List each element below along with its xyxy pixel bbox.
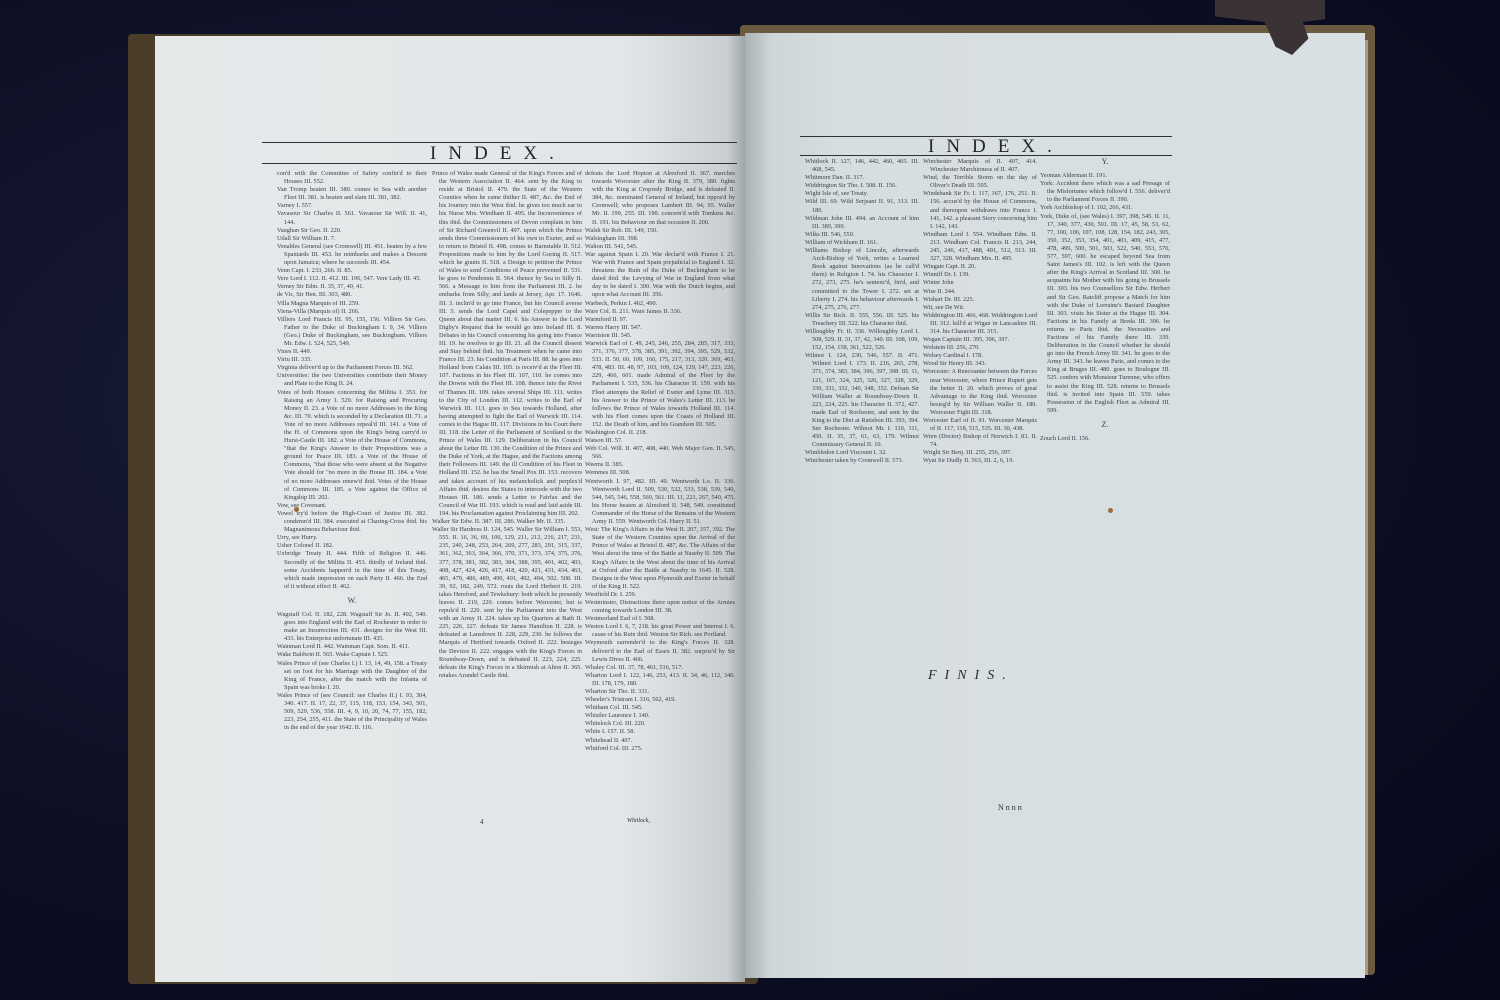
index-entry: Wise II. 244. <box>923 288 1037 296</box>
index-entry: Wolstein III. 256, 270. <box>923 344 1037 352</box>
index-entry: Windebank Sir Fr. I. 117, 167, 176, 251.… <box>923 190 1037 230</box>
index-entry: Warren Harry III. 547. <box>585 324 735 332</box>
index-entry: Warwick Earl of I. 49, 245, 246, 255, 28… <box>585 340 735 429</box>
index-entry: de Vic, Sir Hen. III. 303, 480. <box>277 291 427 299</box>
finis-heading: FINIS. <box>928 668 1014 684</box>
index-entry: Walsingham III. 398. <box>585 235 735 243</box>
index-entry: Web Col. Will. II. 407, 408, 440. Web Ma… <box>585 445 735 461</box>
index-entry: York, Duke of, (see Wales) I. 397, 398, … <box>1040 213 1170 415</box>
index-entry: Wales Prince of (see Charles I.) I. 13, … <box>277 660 427 692</box>
index-entry: White I. 157. II. 58. <box>585 728 735 736</box>
index-entry: Virginia deliver'd up to the Parliament … <box>277 364 427 372</box>
letter-heading: Z. <box>1040 421 1170 429</box>
index-entry: Wyat Sir Dudly II. 563, III. 2, 6, 19. <box>923 457 1037 465</box>
index-entry: con'd with the Committee of Safety confi… <box>277 170 427 186</box>
index-entry: Weymouth surrender'd to the King's Force… <box>585 639 735 663</box>
right-page-column-2: Winchester Marquis of II. 407, 414. Winc… <box>923 158 1037 466</box>
index-entry: Whitlock II. 127, 146, 442, 460, 465. II… <box>805 158 919 174</box>
index-entry: Watson III. 57. <box>585 437 735 445</box>
index-entry: Widdrington Sir Tho. I. 508. II. 156. <box>805 182 919 190</box>
index-entry: Whitmore Dan. II. 317. <box>805 174 919 182</box>
index-entry: War against Spain I. 20. War declar'd wi… <box>585 251 735 300</box>
index-entry: Willis Sir Rich. II. 555, 556. III. 525.… <box>805 312 919 328</box>
index-entry: Vere Lord I. 112. II. 412. III. 196, 547… <box>277 275 427 283</box>
index-entry: Vow, see Covenant. <box>277 502 427 510</box>
letter-heading: Y. <box>1040 158 1170 166</box>
page-number: 4 <box>480 818 484 826</box>
index-entry: Westfield Dr. I. 259. <box>585 591 735 599</box>
index-entry: Wemmes III. 508. <box>585 469 735 477</box>
letter-heading: W. <box>277 597 427 605</box>
index-entry: Winniff Dr. I. 139. <box>923 271 1037 279</box>
index-entry: Wake Baldwin II. 565. Wake Captain I. 52… <box>277 651 427 659</box>
index-entry: Whistler Laurence I. 140. <box>585 712 735 720</box>
index-entry: Yeoman Alderman II. 191. <box>1040 172 1170 180</box>
index-entry: Wharton Sir Tho. II. 331. <box>585 688 735 696</box>
index-entry: Virtu III. 335. <box>277 356 427 364</box>
index-entry: Wit, see De Wit. <box>923 304 1037 312</box>
index-entry: Warriston III. 545. <box>585 332 735 340</box>
index-entry: Verney Sir Edm. II. 35, 37, 40, 41. <box>277 283 427 291</box>
index-entry: Winter John <box>923 279 1037 287</box>
index-entry: Washington Col. II. 218. <box>585 429 735 437</box>
index-entry: Walsh Sir Rob. III. 149, 150. <box>585 227 735 235</box>
signature-mark: Nnnn <box>998 803 1024 812</box>
index-entry: Widdrington III. 466, 468. Widdrington L… <box>923 312 1037 336</box>
index-entry: Westmorland Earl of I. 508. <box>585 615 735 623</box>
index-entry: Whaley Col. III. 37, 78, 461, 516, 517. <box>585 664 735 672</box>
index-entry: Wolsey Cardinal I. 178. <box>923 352 1037 360</box>
index-entry: Walker Sir Edw. II. 387. III. 286. Walke… <box>432 518 582 526</box>
index-entry: Weston Lord I. 6, 7, 218. his great Powe… <box>585 623 735 639</box>
index-entry: Usher Colonel II. 182. <box>277 542 427 550</box>
left-page-header: INDEX. <box>430 143 566 165</box>
index-entry: Viena-Villa (Marquis of) II. 266. <box>277 308 427 316</box>
left-page-column-3: defeats the Lord Hopton at Alresford II.… <box>585 170 735 753</box>
index-entry: Wight Isle of, see Treaty. <box>805 190 919 198</box>
index-entry: Uxbridge Treaty II. 444. Fifth of Religi… <box>277 550 427 590</box>
index-entry: Venables General (see Cromwell) III. 451… <box>277 243 427 267</box>
index-entry: Wright Sir Benj. III. 255, 256, 397. <box>923 449 1037 457</box>
index-entry: defeats the Lord Hopton at Alresford II.… <box>585 170 735 227</box>
left-page-column-1: con'd with the Committee of Safety confi… <box>277 170 427 732</box>
index-entry: Wren (Doctor) Bishop of Norwich I. 83. I… <box>923 433 1037 449</box>
index-entry: Warmford II. 97. <box>585 316 735 324</box>
header-rule-bottom-right <box>800 155 1172 156</box>
index-entry: Windham Lord I. 554. Windham Edm. II. 21… <box>923 231 1037 263</box>
index-entry: Wingate Capt. II. 20. <box>923 263 1037 271</box>
index-entry: Winchester Marquis of II. 407, 414. Winc… <box>923 158 1037 174</box>
index-entry: Vaughan Sir Geo. II. 220. <box>277 227 427 235</box>
index-entry: Wales Prince of (see Council: see Charle… <box>277 692 427 732</box>
index-entry: Urry, see Hurry. <box>277 534 427 542</box>
index-entry: Vowel try'd before the High-Court of Jus… <box>277 510 427 534</box>
index-entry: Prince of Wales made General of the King… <box>432 170 582 518</box>
index-entry: Varney I. 557. <box>277 202 427 210</box>
index-entry: Weems II. 385. <box>585 461 735 469</box>
left-page-column-2: Prince of Wales made General of the King… <box>432 170 582 680</box>
index-entry: Venn Capt. I. 233, 266. II. 85. <box>277 267 427 275</box>
index-entry: Ware Col. II. 211. Ware James II. 336. <box>585 308 735 316</box>
index-entry: Winchester taken by Cromwell II. 573. <box>805 457 919 465</box>
index-entry: Wheeler's Tristram I. 316, 562, 419. <box>585 696 735 704</box>
index-entry: Wilks III. 546, 550. <box>805 231 919 239</box>
index-entry: West: The King's Affairs in the West II.… <box>585 526 735 591</box>
catchword: Whitlock, <box>627 818 650 824</box>
index-entry: Walton III. 541, 545. <box>585 243 735 251</box>
index-entry: William of Wickham II. 161. <box>805 239 919 247</box>
index-entry: Whitham Col. III. 545. <box>585 704 735 712</box>
index-entry: Villiers Lord Francis III. 95, 155, 156.… <box>277 316 427 348</box>
index-entry: Worcester Earl of II. 91. Worcester Marq… <box>923 417 1037 433</box>
index-entry: Whitford Col. III. 275. <box>585 745 735 753</box>
index-entry: Willoughby Fr. II. 336. Willoughby Lord … <box>805 328 919 352</box>
foxing-stain <box>1108 508 1113 513</box>
index-entry: Warbeck, Perkin I. 462, 490. <box>585 300 735 308</box>
foxing-stain <box>294 507 299 512</box>
index-entry: York: Accident there which was a sad Pre… <box>1040 180 1170 204</box>
index-entry: Wainman Lord II. 442. Wainman Capt. Som.… <box>277 643 427 651</box>
index-entry: York Archbishop of I. 102, 266, 431. <box>1040 204 1170 212</box>
index-entry: Wharton Lord I. 122, 146, 253, 413. II. … <box>585 672 735 688</box>
index-entry: Whitehead II. 407. <box>585 737 735 745</box>
index-entry: Waller Sir Hardress II. 124, 545. Waller… <box>432 526 582 680</box>
index-entry: Worcester: A Rencounter between the Forc… <box>923 368 1037 417</box>
index-entry: Wentworth I. 97, 482. III. 49. Wentworth… <box>585 478 735 527</box>
index-entry: Universities: the two Universities contr… <box>277 372 427 388</box>
index-entry: Wogan Captain III. 395, 396, 397. <box>923 336 1037 344</box>
index-entry: Zouch Lord II. 156. <box>1040 435 1170 443</box>
index-entry: Wagstaff Col. II. 182, 228. Wagstaff Sir… <box>277 611 427 643</box>
index-entry: Wimbledon Lord Viscount I. 32. <box>805 449 919 457</box>
right-page-column-1: Whitlock II. 127, 146, 442, 460, 465. II… <box>805 158 919 466</box>
index-entry: Udall Sir William II. 7. <box>277 235 427 243</box>
index-entry: Wildman John III. 494. an Account of him… <box>805 215 919 231</box>
index-entry: Van Tromp beaten III. 380. comes to Sea … <box>277 186 427 202</box>
index-entry: Wood Sir Henry III. 343. <box>923 360 1037 368</box>
index-entry: Wilmot I. 124, 230, 546, 557. II. 471. W… <box>805 352 919 449</box>
index-entry: Williams Bishop of Lincoln, afterwards A… <box>805 247 919 312</box>
index-entry: Whitelock Col. III. 220. <box>585 720 735 728</box>
header-rule-bottom <box>262 163 737 164</box>
index-entry: Vavasour Sir Charles II. 561. Vavasour S… <box>277 210 427 226</box>
right-page-column-3: Y. Yeoman Alderman II. 191.York: Acciden… <box>1040 158 1170 443</box>
index-entry: Wind, the Terrible Storm on the day of O… <box>923 174 1037 190</box>
index-entry: Wishart Dr. III. 225. <box>923 296 1037 304</box>
index-entry: Votes of both Houses concerning the Mili… <box>277 389 427 502</box>
index-entry: Villa Magna Marquis of III. 259. <box>277 300 427 308</box>
index-entry: Westminster, Distractions there upon not… <box>585 599 735 615</box>
index-entry: Wild III. 69. Wild Serjeant II. 91, 313.… <box>805 198 919 214</box>
index-entry: Vines II. 449. <box>277 348 427 356</box>
